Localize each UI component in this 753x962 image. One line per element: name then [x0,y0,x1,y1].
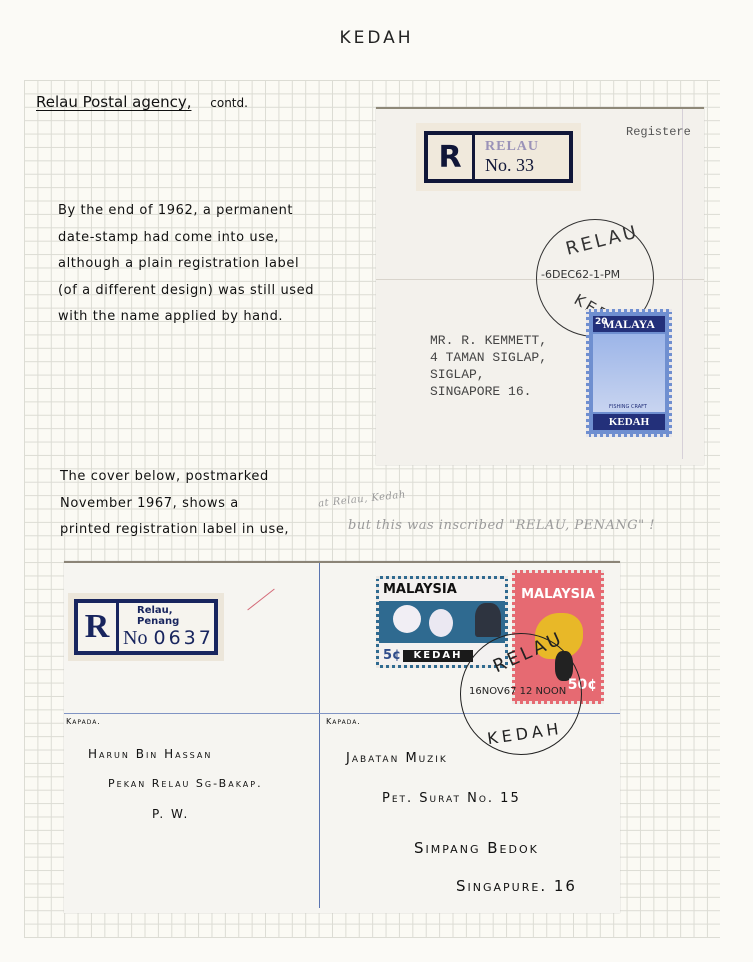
paragraph-1: By the end of 1962, a permanent date-sta… [58,198,348,331]
registration-town: Relau, Penang [123,605,214,627]
pencil-annotation: but this was inscribed "RELAU, PENANG" ! [348,518,655,533]
registered-typed-text: Registere [626,125,691,139]
paragraph-line: although a plain registration label [58,251,348,278]
registration-letter: R [428,135,475,179]
divider-vertical [319,563,320,908]
sender-province: P. W. [152,807,189,821]
no-prefix: No [123,627,147,649]
postmark-date: 16NOV67 12 NOON [469,686,566,697]
orchid-icon [393,605,421,633]
sultan-portrait [475,603,501,637]
red-pencil-tick [247,589,274,611]
heading-text: Relau Postal agency, [36,93,191,111]
address-line: 4 TAMAN SIGLAP, [430,349,547,366]
orchid-icon [429,609,453,637]
paragraph-line: The cover below, postmarked [60,464,360,491]
stamp-value: 5¢ [383,648,401,663]
stamp-state: KEDAH [593,414,665,430]
cover-1967: R Relau, Penang No 0637 MALAYSIA 5¢ KEDA… [64,561,620,913]
recipient-label: Kapada. [326,717,361,726]
address-line: SINGAPORE 16. [430,383,547,400]
registration-number: No. 33 [485,155,569,176]
page-title: KEDAH [0,28,753,48]
fishing-boat-image [593,334,665,412]
section-heading: Relau Postal agency, contd. [36,93,248,111]
postmark-bottom-text: KEDAH [486,719,564,748]
paragraph-line: date-stamp had come into use, [58,225,348,252]
stamp-caption: FISHING CRAFT [609,404,647,410]
recipient-city: Singapure. 16 [456,877,577,895]
registration-label: R RELAU No. 33 [416,123,581,191]
stamp-value: 20 [595,317,608,327]
stamp-malaya-kedah-20c: MALAYA 20 FISHING CRAFT KEDAH [586,309,672,437]
paragraph-line: November 1967, shows a [60,491,360,518]
postmark-top-text: RELAU [490,628,567,678]
paragraph-line: with the name applied by hand. [58,304,348,331]
sender-label: Kapada. [66,717,101,726]
cover-1962: R RELAU No. 33 Registere RELAU -6DEC62-1… [376,107,704,465]
paragraph-line: printed registration label in use, [60,517,360,544]
stamp-country: MALAYSIA [379,579,505,601]
postmark-date: -6DEC62-1-PM [541,268,620,281]
recipient-area: Simpang Bedok [414,839,539,857]
postmark-relau-1967: RELAU 16NOV67 12 NOON KEDAH [460,633,582,755]
typed-address: MR. R. KEMMETT,4 TAMAN SIGLAP,SIGLAP,SIN… [430,332,547,400]
registration-town: RELAU [485,139,569,155]
address-line: SIGLAP, [430,366,547,383]
fold-line-vertical [682,109,683,459]
postmark-top-text: RELAU [564,221,642,259]
paragraph-line: By the end of 1962, a permanent [58,198,348,225]
recipient-name: Jabatan Muzik [346,751,448,766]
registration-letter: R [78,603,119,651]
stamp-country: MALAYSIA [515,587,601,602]
registration-label-penang: R Relau, Penang No 0637 [68,593,224,661]
sender-name: Harun Bin Hassan [88,747,212,761]
number-value: 0637 [154,627,214,649]
paragraph-2: The cover below, postmarked November 196… [60,464,360,544]
recipient-pobox: Pet. Surat No. 15 [382,791,521,806]
registration-number: No 0637 [123,627,214,650]
paragraph-line: (of a different design) was still used [58,278,348,305]
address-line: MR. R. KEMMETT, [430,332,547,349]
stamp-state: KEDAH [403,650,473,662]
sender-address: Pekan Relau Sg-Bakap. [108,777,263,790]
heading-contd: contd. [210,96,248,110]
